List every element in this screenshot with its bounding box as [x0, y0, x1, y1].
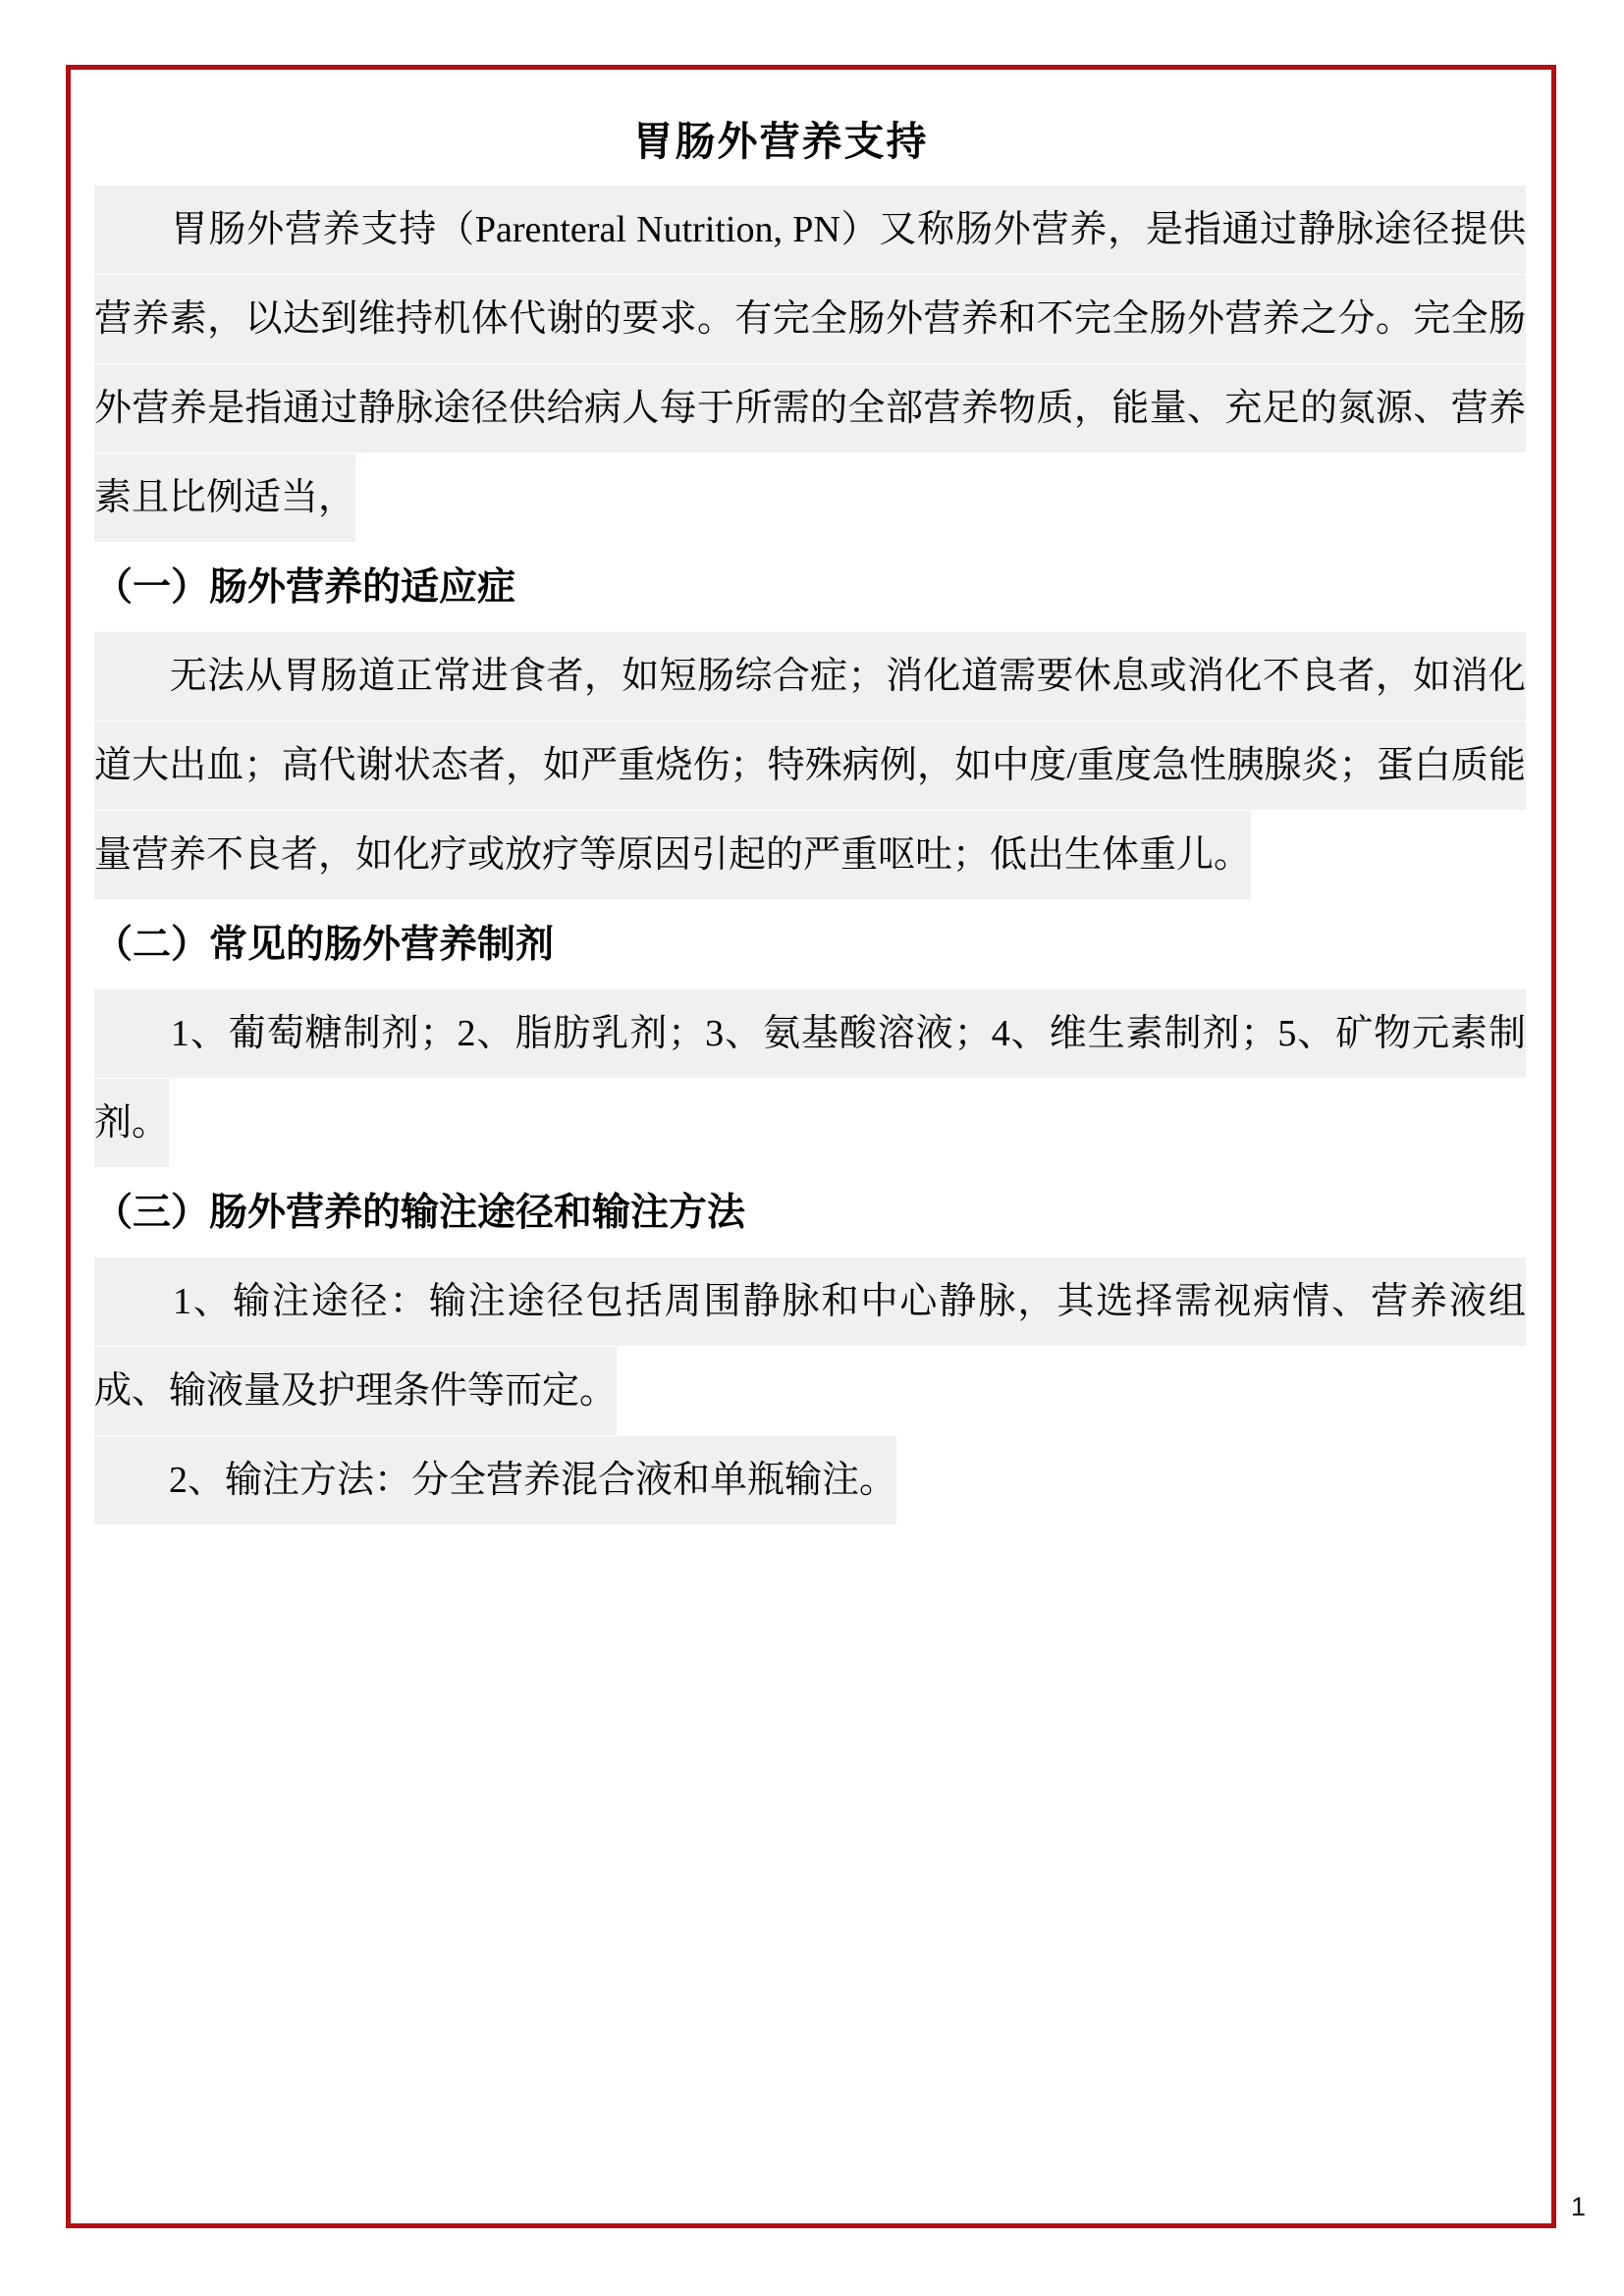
- section-heading: （三）肠外营养的输注途径和输注方法: [94, 1168, 1526, 1257]
- section-heading: （二）常见的肠外营养制剂: [94, 900, 1526, 989]
- page-border-frame: 胃肠外营养支持 胃肠外营养支持（Parenteral Nutrition, PN…: [66, 65, 1556, 2228]
- highlighted-text: 无法从胃肠道正常进食者，如短肠综合症；消化道需要休息或消化不良者，如消化道大出血…: [94, 632, 1526, 899]
- document-paragraph: 1、葡萄糖制剂；2、脂肪乳剂；3、氨基酸溶液；4、维生素制剂；5、矿物元素制剂。: [94, 989, 1526, 1168]
- document-title: 胃肠外营养支持: [94, 109, 1467, 174]
- highlighted-text: 胃肠外营养支持（Parenteral Nutrition, PN）又称肠外营养，…: [94, 186, 1526, 542]
- document-body: 胃肠外营养支持（Parenteral Nutrition, PN）又称肠外营养，…: [94, 186, 1526, 1525]
- highlighted-text: 1、葡萄糖制剂；2、脂肪乳剂；3、氨基酸溶液；4、维生素制剂；5、矿物元素制剂。: [94, 989, 1526, 1167]
- highlighted-text: 2、输注方法：分全营养混合液和单瓶输注。: [94, 1436, 896, 1524]
- document-paragraph: 无法从胃肠道正常进食者，如短肠综合症；消化道需要休息或消化不良者，如消化道大出血…: [94, 632, 1526, 900]
- page-number: 1: [1571, 2190, 1586, 2223]
- document-paragraph: 1、输注途径：输注途径包括周围静脉和中心静脉，其选择需视病情、营养液组成、输液量…: [94, 1257, 1526, 1436]
- document-paragraph: 2、输注方法：分全营养混合液和单瓶输注。: [94, 1436, 1526, 1525]
- section-heading: （一）肠外营养的适应症: [94, 543, 1526, 632]
- highlighted-text: 1、输注途径：输注途径包括周围静脉和中心静脉，其选择需视病情、营养液组成、输液量…: [94, 1257, 1526, 1435]
- document-paragraph: 胃肠外营养支持（Parenteral Nutrition, PN）又称肠外营养，…: [94, 186, 1526, 543]
- document-content: 胃肠外营养支持 胃肠外营养支持（Parenteral Nutrition, PN…: [94, 109, 1526, 1525]
